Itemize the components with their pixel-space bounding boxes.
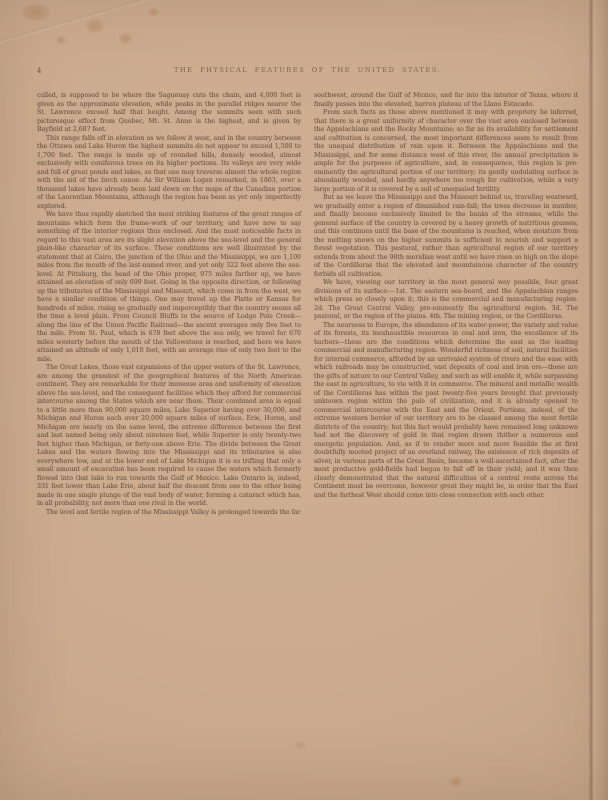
paragraph: We have, viewing our territory in the mo… [314, 279, 578, 322]
foxing-spot [449, 777, 462, 787]
foxing-spot [56, 36, 66, 44]
book-page-scan: 4 THE PHYSICAL FEATURES OF THE UNITED ST… [0, 0, 608, 800]
paragraph: The Great Lakes, those vast expansions o… [37, 364, 301, 509]
paragraph: This range falls off in elevation as we … [37, 135, 301, 212]
paragraph: called, is supposed to be where the Sagu… [37, 92, 301, 135]
foxing-spot [22, 4, 50, 21]
paragraph: The level and fertile region of the Miss… [37, 509, 301, 518]
foxing-spot [119, 33, 132, 44]
column-right: southwest, around the Gulf of Mexico, an… [314, 92, 578, 517]
column-left: called, is supposed to be where the Sagu… [37, 92, 301, 517]
paragraph: southwest, around the Gulf of Mexico, an… [314, 92, 578, 109]
paragraph: From such facts as those above mentioned… [314, 109, 578, 194]
page-number: 4 [37, 67, 41, 75]
page-edge-shadow [593, 0, 608, 800]
running-head: THE PHYSICAL FEATURES OF THE UNITED STAT… [37, 66, 578, 74]
paragraph: The nearness to Europe, the abundance of… [314, 322, 578, 501]
paragraph: We have thus rapidly sketched the most s… [37, 211, 301, 364]
paragraph: But as we leave the Mississippi and the … [314, 194, 578, 279]
foxing-spot [295, 741, 306, 749]
foxing-spot [148, 8, 159, 16]
page-header: 4 THE PHYSICAL FEATURES OF THE UNITED ST… [37, 66, 578, 78]
foxing-spot [86, 19, 104, 33]
text-block: called, is supposed to be where the Sagu… [37, 92, 578, 517]
